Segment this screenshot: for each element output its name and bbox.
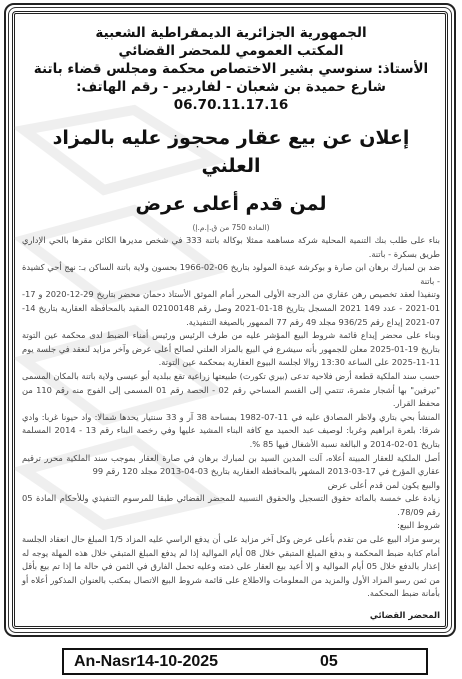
notice-title: إعلان عن بيع عقار محجوز عليه بالمزاد الع… (22, 124, 440, 180)
paragraph-conditions: يرسو مزاد البيع على من تقدم بأعلى عرض وك… (22, 533, 440, 601)
notice-content: الجمهورية الجزائرية الديمقراطية الشعبية … (22, 24, 440, 621)
paragraph-mortgage: وتنفيذا لعقد تخصيص رهن عقاري من الدرجة ا… (22, 288, 440, 329)
paragraph-sale-session: وبناء على محضر إيداع قائمة شروط البيع ال… (22, 329, 440, 370)
page-number: 05 (320, 653, 338, 671)
article-reference: (المادة 750 من ق.إ.م.إ) (22, 222, 440, 234)
paragraph-conditions-heading: شروط البيع: (22, 519, 440, 533)
paragraph-property: حسب سند الملكية قطعة أرض فلاحية تدعى (بي… (22, 370, 440, 411)
paragraph-petitioner: بناء على طلب بنك التنمية المحلية شركة مس… (22, 234, 440, 261)
bailiff-heading: الأستاذ: سنوسي بشير الاختصاص محكمة ومجلس… (22, 60, 440, 78)
paragraph-boundaries: المنشأ بحي بتاري ولاظر المصادق عليه في 1… (22, 411, 440, 452)
publication-stamp: An-Nasr14-10-2025 05 (62, 648, 428, 675)
paragraph-ownership: أصل الملكية للعقار المبينة أعلاه، آلت ال… (22, 452, 440, 479)
paragraph-debtor: ضد بن لمبارك برهان ابن صارة و بوكرشة عيد… (22, 261, 440, 288)
notice-body: بناء على طلب بنك التنمية المحلية شركة مس… (22, 234, 440, 621)
paragraph-fees: زيادة على خمسة بالمائة حقوق التسجيل والح… (22, 492, 440, 519)
republic-heading: الجمهورية الجزائرية الديمقراطية الشعبية (22, 24, 440, 42)
publication-name-date: An-Nasr14-10-2025 (74, 653, 218, 671)
signature: المحضر القضائي (22, 611, 440, 621)
paragraph-highest-bid: والبيع يكون لمن قدم أعلى عرض (22, 479, 440, 493)
address-heading: شارع حميدة بن شعبان - لفاردير - رقم الها… (22, 78, 440, 114)
notice-subtitle: لمن قدم أعلى عرض (22, 190, 440, 218)
office-heading: المكتب العمومي للمحضر القضائي (22, 42, 440, 60)
